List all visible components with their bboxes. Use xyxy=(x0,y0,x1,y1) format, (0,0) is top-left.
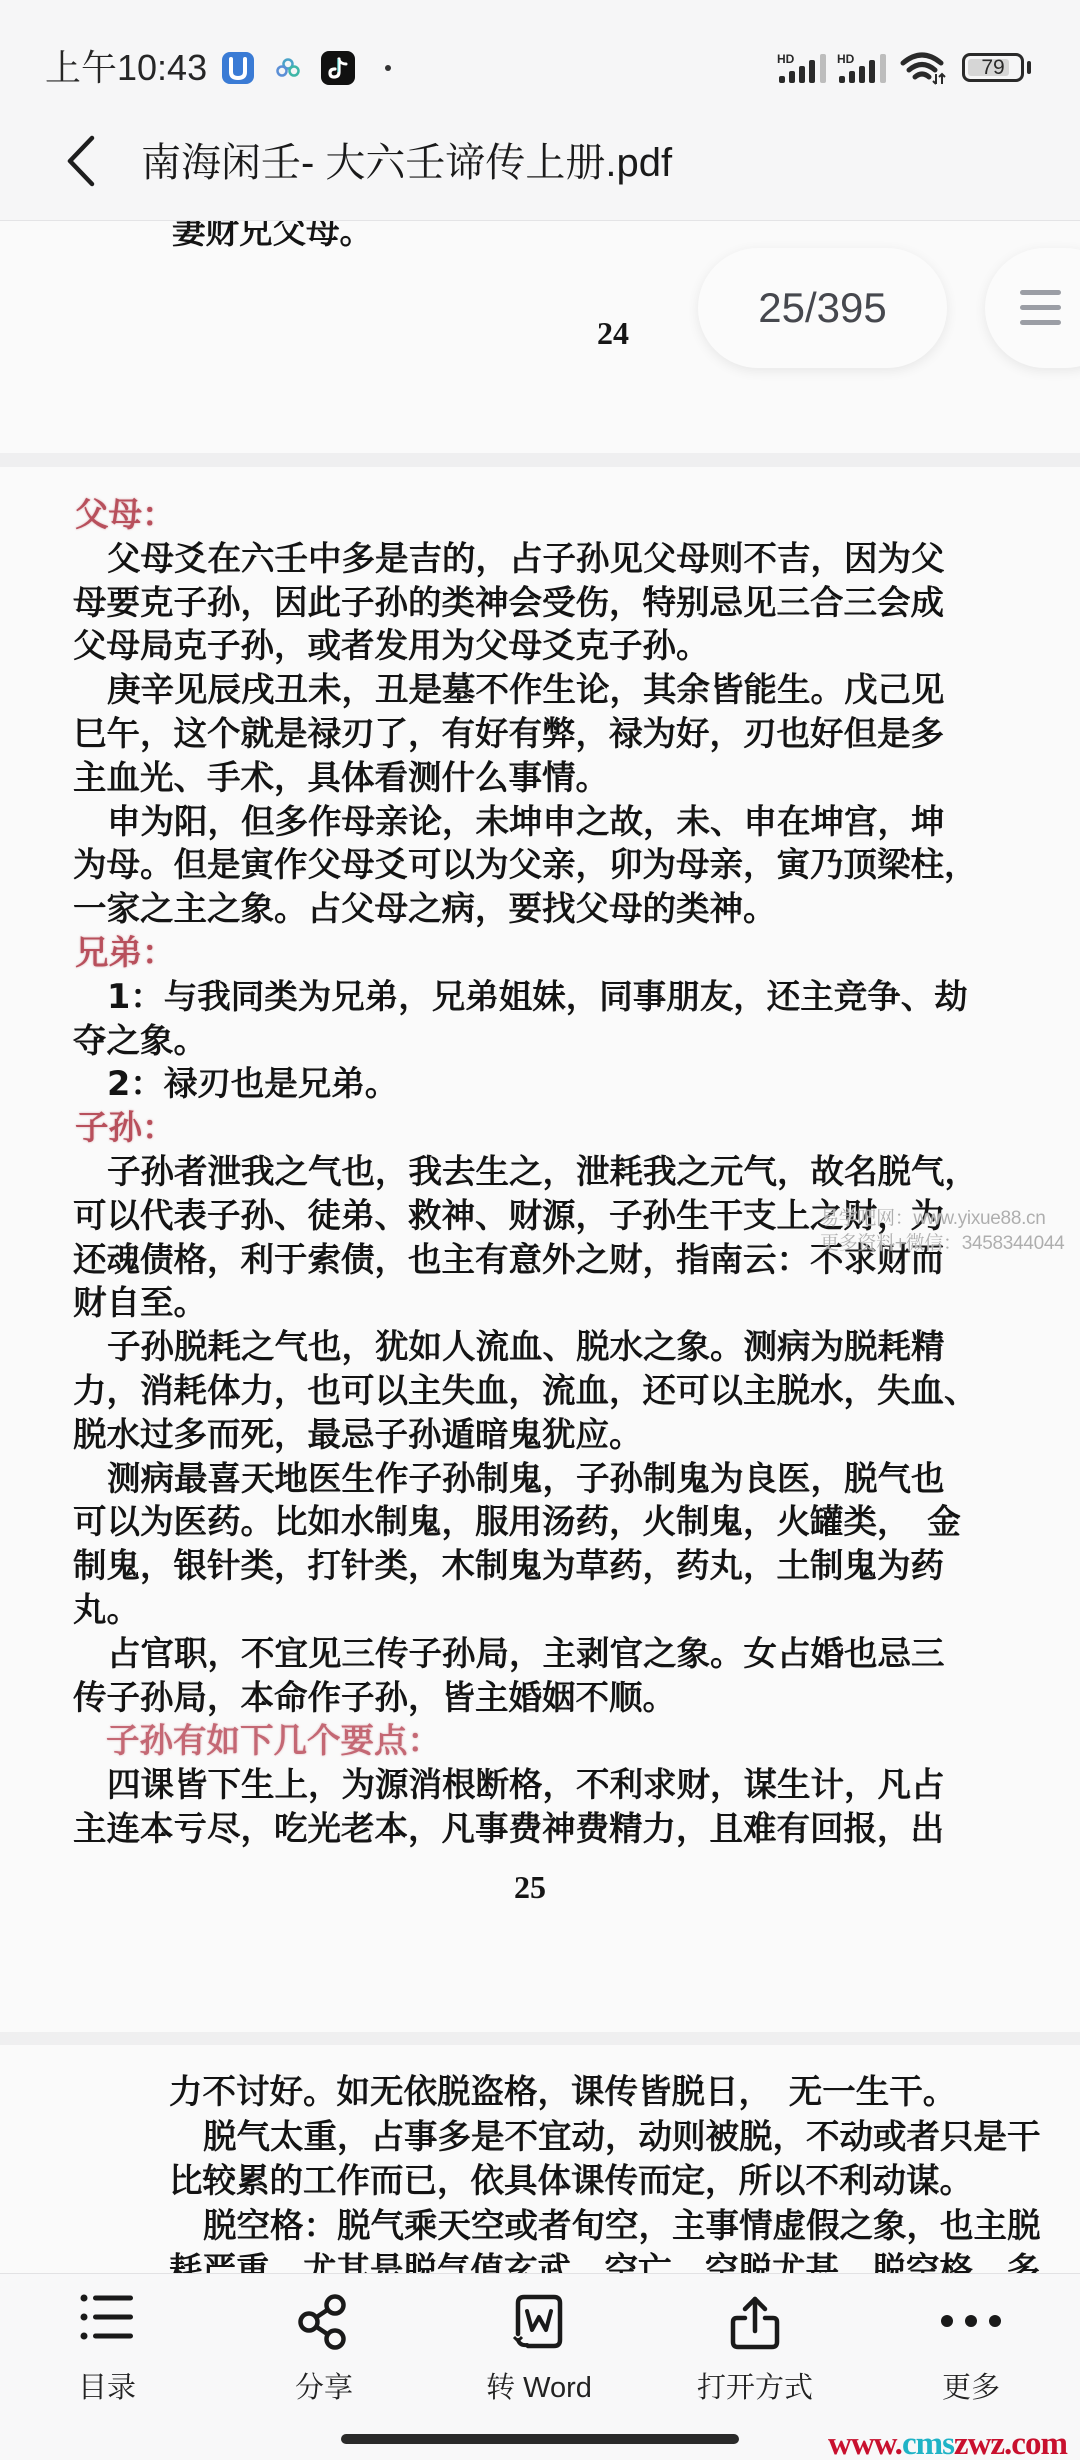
home-indicator[interactable] xyxy=(341,2434,739,2444)
page-text: 力不讨好。如无依脱盗格，课传皆脱日， 无一生干。 脱气太重，占事多是不宜动，动则… xyxy=(0,2070,1080,2293)
svg-text:HD: HD xyxy=(837,52,855,66)
chevron-left-icon xyxy=(58,132,104,190)
share-icon xyxy=(297,2294,351,2350)
document-title: 南海闲壬- 大六壬谛传上册.pdf xyxy=(141,139,672,187)
toolbar-label: 转 Word xyxy=(449,2368,629,2408)
toolbar-convert-word-button[interactable]: 转 Word xyxy=(449,2274,629,2414)
open-with-icon xyxy=(727,2294,783,2350)
cloud-app-icon xyxy=(276,58,300,78)
text-line: 制鬼，银针类，打针类，木制鬼为草药，药丸，土制鬼为药 xyxy=(0,1544,1080,1588)
text-line: 巳午，这个就是禄刃了，有好有弊，禄为好，刃也好但是多 xyxy=(0,712,1080,756)
word-convert-icon xyxy=(512,2294,566,2350)
battery-level: 79 xyxy=(965,56,1021,79)
text-line: 为母。但是寅作父母爻可以为父亲，卯为母亲，寅乃顶梁柱， xyxy=(0,843,1080,887)
toolbar-label: 打开方式 xyxy=(665,2368,845,2408)
back-button[interactable] xyxy=(58,132,104,190)
battery-cap xyxy=(1027,61,1031,74)
text-line: 四课皆下生上，为源消根断格，不利求财，谋生计，凡占 xyxy=(0,1763,1080,1807)
text-line: 1：与我同类为兄弟，兄弟姐妹，同事朋友，还主竞争、劫 xyxy=(0,975,1080,1019)
text-line: 测病最喜天地医生作子孙制鬼，子孙制鬼为良医，脱气也 xyxy=(0,1457,1080,1501)
battery-icon: 79 xyxy=(962,53,1024,82)
text-line: 可以为医药。比如水制鬼，服用汤药，火制鬼，火罐类， 金 xyxy=(0,1500,1080,1544)
text-line: 丸。 xyxy=(0,1588,1080,1632)
toolbar-more-button[interactable]: 更多 xyxy=(881,2274,1061,2414)
toolbar-label: 分享 xyxy=(234,2368,414,2408)
wifi-icon xyxy=(900,52,948,86)
text-line: 主连本亏尽，吃光老本，凡事费神费精力，且难有回报，出 xyxy=(0,1807,1080,1851)
more-icon xyxy=(940,2314,1002,2328)
signal-icon-2: HD xyxy=(837,52,889,84)
page-indicator[interactable]: 25/395 xyxy=(698,248,947,368)
text-line: 财自至。 xyxy=(0,1281,1080,1325)
app-header: 上午10:43 HD HD 79 xyxy=(0,0,1080,221)
svg-text:HD: HD xyxy=(777,52,795,66)
list-icon xyxy=(80,2294,134,2340)
toolbar-contents-button[interactable]: 目录 xyxy=(17,2274,197,2414)
section-heading: 兄弟： xyxy=(0,931,1080,975)
text-line: 占官职，不宜见三传子孙局，主剥官之象。女占婚也忌三 xyxy=(0,1632,1080,1676)
text-line: 脱水过多而死，最忌子孙遁暗鬼犹应。 xyxy=(0,1413,1080,1457)
bottom-toolbar: 目录 分享 转 Word 打开方式 xyxy=(0,2273,1080,2460)
watermark-part: www. xyxy=(828,2426,902,2460)
site-watermark: www.cmszwz.com xyxy=(828,2426,1067,2460)
watermark-line: 更多资料+微信：3458344044 xyxy=(820,1231,1064,1256)
page-number: 25 xyxy=(490,1867,570,1907)
text-line: 庚辛见辰戌丑未，丑是墓不作生论，其余皆能生。戊己见 xyxy=(0,668,1080,712)
more-notifications-dot xyxy=(385,65,391,71)
signal-icon-1: HD xyxy=(777,52,829,84)
toolbar-open-with-button[interactable]: 打开方式 xyxy=(665,2274,845,2414)
watermark-line: 易学吧网：www.yixue88.cn xyxy=(820,1206,1064,1231)
text-line: 比较累的工作而已，依具体课传而定，所以不利动谋。 xyxy=(0,2159,1080,2204)
tiktok-icon xyxy=(321,51,355,85)
text-line: 力，消耗体力，也可以主失血，流血，还可以主脱水，失血、 xyxy=(0,1369,1080,1413)
blue-app-icon xyxy=(222,52,254,84)
text-line: 传子孙局，本命作子孙，皆主婚姻不顺。 xyxy=(0,1676,1080,1720)
text-line: 脱气太重，占事多是不宜动，动则被脱，不动或者只是干 xyxy=(0,2115,1080,2160)
text-line: 申为阳，但多作母亲论，未坤申之故，未、申在坤宫，坤 xyxy=(0,800,1080,844)
watermark-part: zwz.com xyxy=(954,2426,1067,2460)
text-line: 2：禄刃也是兄弟。 xyxy=(0,1062,1080,1106)
text-line: 夺之象。 xyxy=(0,1019,1080,1063)
status-time: 上午10:43 xyxy=(45,49,207,87)
sub-heading: 子孙有如下几个要点： xyxy=(0,1719,1080,1763)
text-line: 子孙者泄我之气也，我去生之，泄耗我之元气，故名脱气， xyxy=(0,1150,1080,1194)
text-line: 母要克子孙，因此子孙的类神会受伤，特别忌见三合三会成 xyxy=(0,581,1080,625)
toolbar-share-button[interactable]: 分享 xyxy=(234,2274,414,2414)
text-line: 主血光、手术，具体看测什么事情。 xyxy=(0,756,1080,800)
text-line: 父母爻在六壬中多是吉的，占子孙见父母则不吉，因为父 xyxy=(0,537,1080,581)
page-number: 24 xyxy=(573,313,653,353)
toolbar-label: 目录 xyxy=(17,2368,197,2408)
text-line: 一家之主之象。占父母之病，要找父母的类神。 xyxy=(0,887,1080,931)
section-heading: 子孙： xyxy=(0,1106,1080,1150)
section-heading: 父母： xyxy=(0,493,1080,537)
watermark-part: cms xyxy=(902,2426,954,2460)
toolbar-label: 更多 xyxy=(881,2368,1061,2408)
text-line: 子孙脱耗之气也，犹如人流血、脱水之象。测病为脱耗精 xyxy=(0,1325,1080,1369)
text-line: 脱空格：脱气乘天空或者旬空，主事情虚假之象，也主脱 xyxy=(0,2204,1080,2249)
page-text: 父母： 父母爻在六壬中多是吉的，占子孙见父母则不吉，因为父 母要克子孙，因此子孙… xyxy=(0,493,1080,1851)
text-line: 父母局克子孙，或者发用为父母爻克子孙。 xyxy=(0,624,1080,668)
overlay-watermark: 易学吧网：www.yixue88.cn 更多资料+微信：3458344044 xyxy=(820,1206,1064,1256)
pdf-reader-screen: 妻财兄父母。 24 父母： 父母爻在六壬中多是吉的，占子孙见父母则不吉，因为父 … xyxy=(0,0,1080,2460)
text-line: 力不讨好。如无依脱盗格，课传皆脱日， 无一生干。 xyxy=(0,2070,1080,2115)
